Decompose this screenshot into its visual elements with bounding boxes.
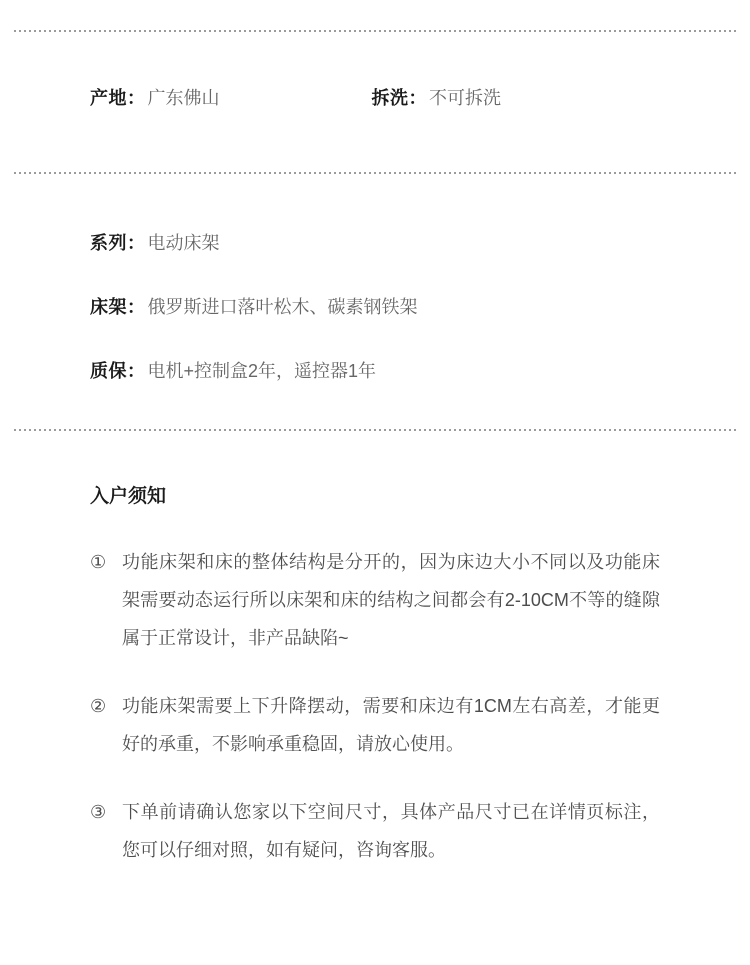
dotted-divider xyxy=(14,171,736,174)
spec-origin: 产地：广东佛山 xyxy=(90,87,220,109)
notice-item-1: ① 功能床架和床的整体结构是分开的，因为床边大小不同以及功能床架需要动态运行所以… xyxy=(90,543,660,657)
spec-warranty-value: 电机+控制盒2年，遥控器1年 xyxy=(148,361,377,381)
circled-number-3: ③ xyxy=(90,793,122,869)
notice-item-1-text: 功能床架和床的整体结构是分开的，因为床边大小不同以及功能床架需要动态运行所以床架… xyxy=(122,543,660,657)
spec-list: 系列：电动床架 床架：俄罗斯进口落叶松木、碳素钢铁架 质保：电机+控制盒2年，遥… xyxy=(90,232,750,382)
spec-frame: 床架：俄罗斯进口落叶松木、碳素钢铁架 xyxy=(90,296,750,318)
spec-washable: 拆洗：不可拆洗 xyxy=(372,87,502,109)
dotted-divider xyxy=(14,29,736,32)
circled-number-2: ② xyxy=(90,687,122,763)
dotted-divider xyxy=(14,428,736,431)
entry-notice-section: 入户须知 ① 功能床架和床的整体结构是分开的，因为床边大小不同以及功能床架需要动… xyxy=(90,486,660,869)
entry-notice-title: 入户须知 xyxy=(90,486,660,508)
product-specs-page: 产地：广东佛山 拆洗：不可拆洗 系列：电动床架 床架：俄罗斯进口落叶松木、碳素钢… xyxy=(0,0,750,965)
notice-item-3: ③ 下单前请确认您家以下空间尺寸，具体产品尺寸已在详情页标注，您可以仔细对照，如… xyxy=(90,793,660,869)
spec-frame-value: 俄罗斯进口落叶松木、碳素钢铁架 xyxy=(148,297,418,317)
notice-item-2-text: 功能床架需要上下升降摆动，需要和床边有1CM左右高差，才能更好的承重，不影响承重… xyxy=(122,687,660,763)
spec-warranty-label: 质保： xyxy=(90,361,146,381)
spec-washable-value: 不可拆洗 xyxy=(429,88,501,108)
spec-warranty: 质保：电机+控制盒2年，遥控器1年 xyxy=(90,360,750,382)
spec-row-origin-wash: 产地：广东佛山 拆洗：不可拆洗 xyxy=(90,87,750,109)
spec-series-value: 电动床架 xyxy=(148,233,220,253)
circled-number-1: ① xyxy=(90,543,122,657)
notice-item-2: ② 功能床架需要上下升降摆动，需要和床边有1CM左右高差，才能更好的承重，不影响… xyxy=(90,687,660,763)
spec-washable-label: 拆洗： xyxy=(372,88,428,108)
spec-origin-label: 产地： xyxy=(90,88,146,108)
notice-item-3-text: 下单前请确认您家以下空间尺寸，具体产品尺寸已在详情页标注，您可以仔细对照，如有疑… xyxy=(122,793,660,869)
spec-series-label: 系列： xyxy=(90,233,146,253)
spec-series: 系列：电动床架 xyxy=(90,232,750,254)
spec-frame-label: 床架： xyxy=(90,297,146,317)
spec-origin-value: 广东佛山 xyxy=(148,88,220,108)
